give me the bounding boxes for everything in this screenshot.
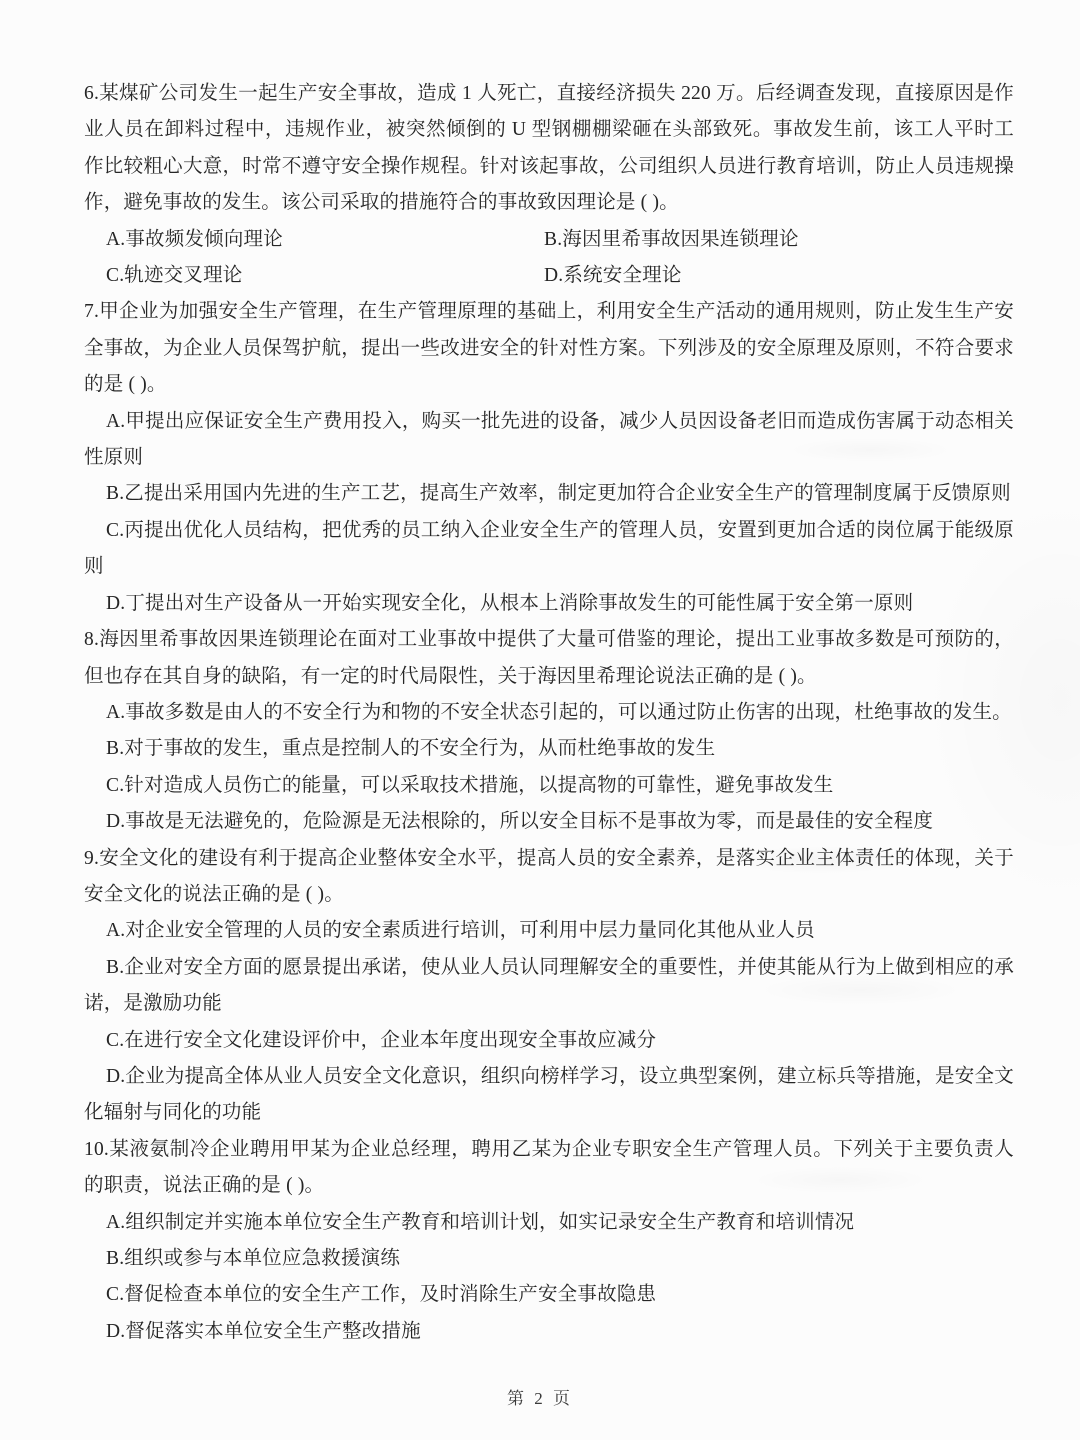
question-7: 7.甲企业为加强安全生产管理，在生产管理原理的基础上，利用安全生产活动的通用规则… <box>84 294 1014 622</box>
question-8-option-c: C.针对造成人员伤亡的能量，可以采取技术措施，以提高物的可靠性，避免事故发生 <box>84 768 1014 804</box>
question-list: 6.某煤矿公司发生一起生产安全事故，造成 1 人死亡，直接经济损失 220 万。… <box>84 76 1014 1350</box>
page-number: 第 2 页 <box>0 1384 1080 1409</box>
question-8-option-d: D.事故是无法避免的，危险源是无法根除的，所以安全目标不是事故为零，而是最佳的安… <box>84 804 1014 840</box>
question-8: 8.海因里希事故因果连锁理论在面对工业事故中提供了大量可借鉴的理论，提出工业事故… <box>84 622 1014 840</box>
question-8-option-a: A.事故多数是由人的不安全行为和物的不安全状态引起的，可以通过防止伤害的出现，杜… <box>84 695 1014 731</box>
question-6-option-d: D.系统安全理论 <box>544 258 1014 294</box>
question-7-stem: 7.甲企业为加强安全生产管理，在生产管理原理的基础上，利用安全生产活动的通用规则… <box>84 294 1014 403</box>
question-7-option-c: C.丙提出优化人员结构，把优秀的员工纳入企业安全生产的管理人员，安置到更加合适的… <box>84 513 1014 586</box>
question-6-option-b: B.海因里希事故因果连锁理论 <box>544 222 1014 258</box>
question-9-option-a: A.对企业安全管理的人员的安全素质进行培训，可利用中层力量同化其他从业人员 <box>84 913 1014 949</box>
question-6-stem: 6.某煤矿公司发生一起生产安全事故，造成 1 人死亡，直接经济损失 220 万。… <box>84 76 1014 222</box>
question-9-option-b: B.企业对安全方面的愿景提出承诺，使从业人员认同理解安全的重要性，并使其能从行为… <box>84 950 1014 1023</box>
question-10-option-c: C.督促检查本单位的安全生产工作，及时消除生产安全事故隐患 <box>84 1277 1014 1313</box>
question-9-stem: 9.安全文化的建设有利于提高企业整体安全水平，提高人员的安全素养，是落实企业主体… <box>84 841 1014 914</box>
question-10-option-d: D.督促落实本单位安全生产整改措施 <box>84 1314 1014 1350</box>
question-6-option-a: A.事故频发倾向理论 <box>106 222 544 258</box>
question-7-option-a: A.甲提出应保证安全生产费用投入，购买一批先进的设备，减少人员因设备老旧而造成伤… <box>84 404 1014 477</box>
question-7-option-b: B.乙提出采用国内先进的生产工艺，提高生产效率，制定更加符合企业安全生产的管理制… <box>84 476 1014 512</box>
question-6: 6.某煤矿公司发生一起生产安全事故，造成 1 人死亡，直接经济损失 220 万。… <box>84 76 1014 294</box>
question-9-option-c: C.在进行安全文化建设评价中，企业本年度出现安全事故应减分 <box>84 1023 1014 1059</box>
question-7-option-d: D.丁提出对生产设备从一开始实现安全化，从根本上消除事故发生的可能性属于安全第一… <box>84 586 1014 622</box>
question-9: 9.安全文化的建设有利于提高企业整体安全水平，提高人员的安全素养，是落实企业主体… <box>84 841 1014 1132</box>
question-6-options: A.事故频发倾向理论 B.海因里希事故因果连锁理论 C.轨迹交叉理论 D.系统安… <box>84 222 1014 295</box>
question-10-option-b: B.组织或参与本单位应急救援演练 <box>84 1241 1014 1277</box>
exam-scan-page: 6.某煤矿公司发生一起生产安全事故，造成 1 人死亡，直接经济损失 220 万。… <box>0 0 1080 1440</box>
question-10: 10.某液氨制冷企业聘用甲某为企业总经理，聘用乙某为企业专职安全生产管理人员。下… <box>84 1132 1014 1350</box>
question-9-option-d: D.企业为提高全体从业人员安全文化意识，组织向榜样学习，设立典型案例，建立标兵等… <box>84 1059 1014 1132</box>
question-6-option-c: C.轨迹交叉理论 <box>106 258 544 294</box>
question-10-stem: 10.某液氨制冷企业聘用甲某为企业总经理，聘用乙某为企业专职安全生产管理人员。下… <box>84 1132 1014 1205</box>
question-8-stem: 8.海因里希事故因果连锁理论在面对工业事故中提供了大量可借鉴的理论，提出工业事故… <box>84 622 1014 695</box>
question-8-option-b: B.对于事故的发生，重点是控制人的不安全行为，从而杜绝事故的发生 <box>84 731 1014 767</box>
question-10-option-a: A.组织制定并实施本单位安全生产教育和培训计划，如实记录安全生产教育和培训情况 <box>84 1205 1014 1241</box>
